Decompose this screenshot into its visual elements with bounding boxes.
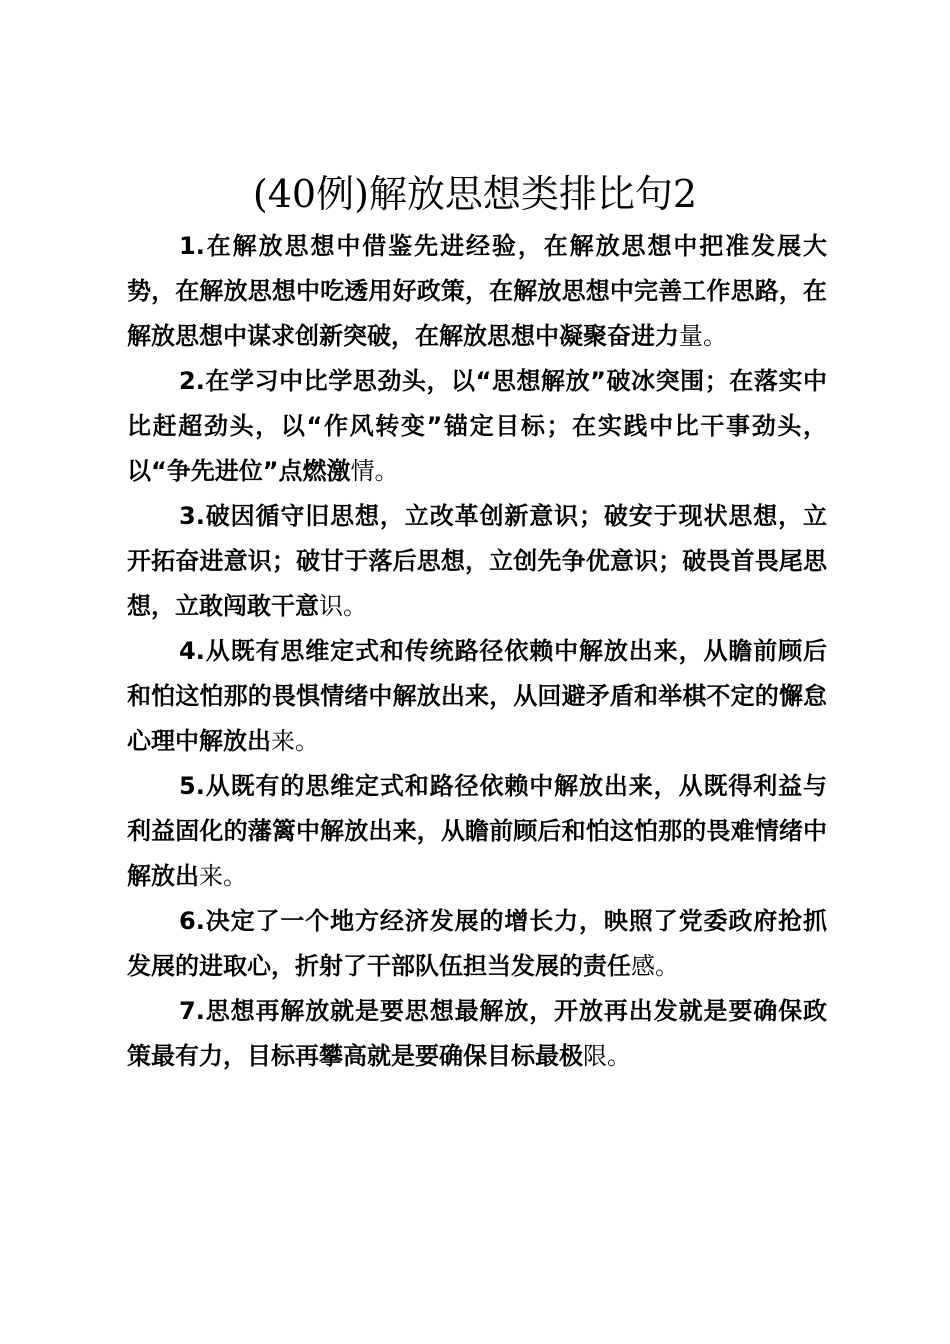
paragraph-5: 5.从既有的思维定式和路径依赖中解放出来，从既得利益与利益固化的藩篱中解放出来，…	[127, 764, 827, 899]
paragraph-6: 6.决定了一个地方经济发展的增长力，映照了党委政府抢抓发展的进取心，折射了干部队…	[127, 899, 827, 989]
paragraph-bold-text: 决定了一个地方经济发展的增长力，映照了党委政府抢抓发展的进取心，折射了干部队伍担…	[127, 907, 827, 980]
paragraph-bold-text: 思想再解放就是要思想最解放，开放再出发就是要确保政策最有力，目标再攀高就是要确保…	[127, 997, 827, 1070]
paragraph-2: 2.在学习中比学思劲头，以“思想解放”破冰突围；在落实中比赶超劲头，以“作风转变…	[127, 359, 827, 494]
paragraph-tail-text: 来。	[199, 862, 247, 890]
paragraph-tail-text: 感。	[631, 952, 679, 980]
paragraph-number: 6.	[179, 907, 205, 935]
paragraph-bold-text: 从既有思维定式和传统路径依赖中解放出来，从瞻前顾后和怕这怕那的畏惧情绪中解放出来…	[127, 637, 827, 755]
paragraph-tail-text: 来。	[271, 727, 319, 755]
paragraph-number: 3.	[179, 502, 205, 530]
document-page: (40例)解放思想类排比句2 1.在解放思想中借鉴先进经验，在解放思想中把准发展…	[0, 0, 950, 1344]
document-title: (40例)解放思想类排比句2	[0, 168, 950, 220]
paragraph-3: 3.破因循守旧思想，立改革创新意识；破安于现状思想，立开拓奋进意识；破甘于落后思…	[127, 494, 827, 629]
document-body: 1.在解放思想中借鉴先进经验，在解放思想中把准发展大势，在解放思想中吃透用好政策…	[127, 224, 827, 1079]
paragraph-bold-text: 破因循守旧思想，立改革创新意识；破安于现状思想，立开拓奋进意识；破甘于落后思想，…	[127, 502, 827, 620]
paragraph-number: 5.	[179, 772, 205, 800]
paragraph-tail-text: 限。	[583, 1042, 631, 1070]
paragraph-number: 4.	[179, 637, 205, 665]
paragraph-bold-text: 在学习中比学思劲头，以“思想解放”破冰突围；在落实中比赶超劲头，以“作风转变”锚…	[127, 367, 827, 485]
paragraph-tail-text: 情。	[351, 457, 399, 485]
paragraph-number: 2.	[179, 367, 205, 395]
paragraph-7: 7.思想再解放就是要思想最解放，开放再出发就是要确保政策最有力，目标再攀高就是要…	[127, 989, 827, 1079]
paragraph-number: 1.	[179, 232, 205, 260]
paragraph-4: 4.从既有思维定式和传统路径依赖中解放出来，从瞻前顾后和怕这怕那的畏惧情绪中解放…	[127, 629, 827, 764]
paragraph-tail-text: 识。	[319, 592, 367, 620]
paragraph-tail-text: 量。	[679, 322, 727, 350]
paragraph-1: 1.在解放思想中借鉴先进经验，在解放思想中把准发展大势，在解放思想中吃透用好政策…	[127, 224, 827, 359]
paragraph-number: 7.	[179, 997, 205, 1025]
